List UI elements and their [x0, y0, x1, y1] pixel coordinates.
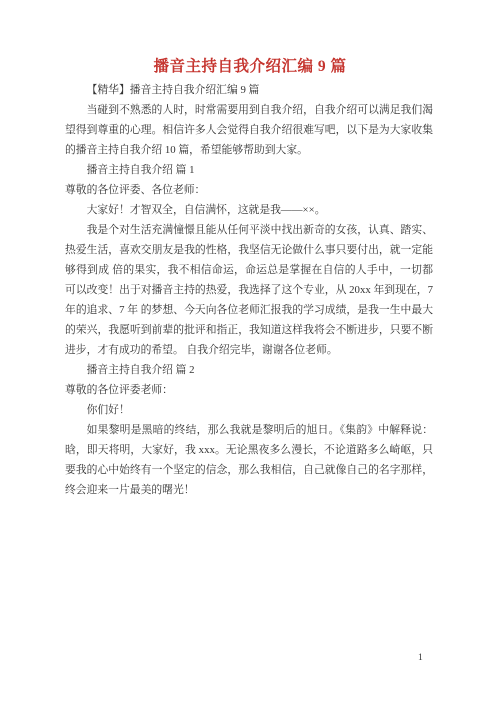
document-body: 【精华】播音主持自我介绍汇编 9 篇当碰到不熟悉的人时，时常需要用到自我介绍，自… [65, 80, 433, 500]
greeting-paragraph-2: 你们好！ [65, 400, 433, 420]
boutique-label-line: 【精华】播音主持自我介绍汇编 9 篇 [65, 80, 433, 100]
section-heading-1: 播音主持自我介绍 篇 1 [65, 160, 433, 180]
body-paragraph-1: 我是个对生活充满憧憬且能从任何平淡中找出新奇的女孩，认真、踏实、热爱生活，喜欢交… [65, 220, 433, 360]
salutation-2: 尊敬的各位评委老师： [65, 380, 433, 400]
document-title: 播音主持自我介绍汇编 9 篇 [0, 0, 500, 80]
salutation-1: 尊敬的各位评委、各位老师： [65, 180, 433, 200]
document-page: 播音主持自我介绍汇编 9 篇 【精华】播音主持自我介绍汇编 9 篇当碰到不熟悉的… [0, 0, 500, 707]
page-number: 1 [418, 651, 423, 665]
intro-paragraph: 当碰到不熟悉的人时，时常需要用到自我介绍，自我介绍可以满足我们渴望得到尊重的心理… [65, 100, 433, 160]
body-paragraph-2: 如果黎明是黑暗的终结，那么我就是黎明后的旭日。《集韵》中解释说：晗，即天将明，大… [65, 420, 433, 500]
section-heading-2: 播音主持自我介绍 篇 2 [65, 360, 433, 380]
greeting-paragraph-1: 大家好！才智双全，自信满怀，这就是我——××。 [65, 200, 433, 220]
